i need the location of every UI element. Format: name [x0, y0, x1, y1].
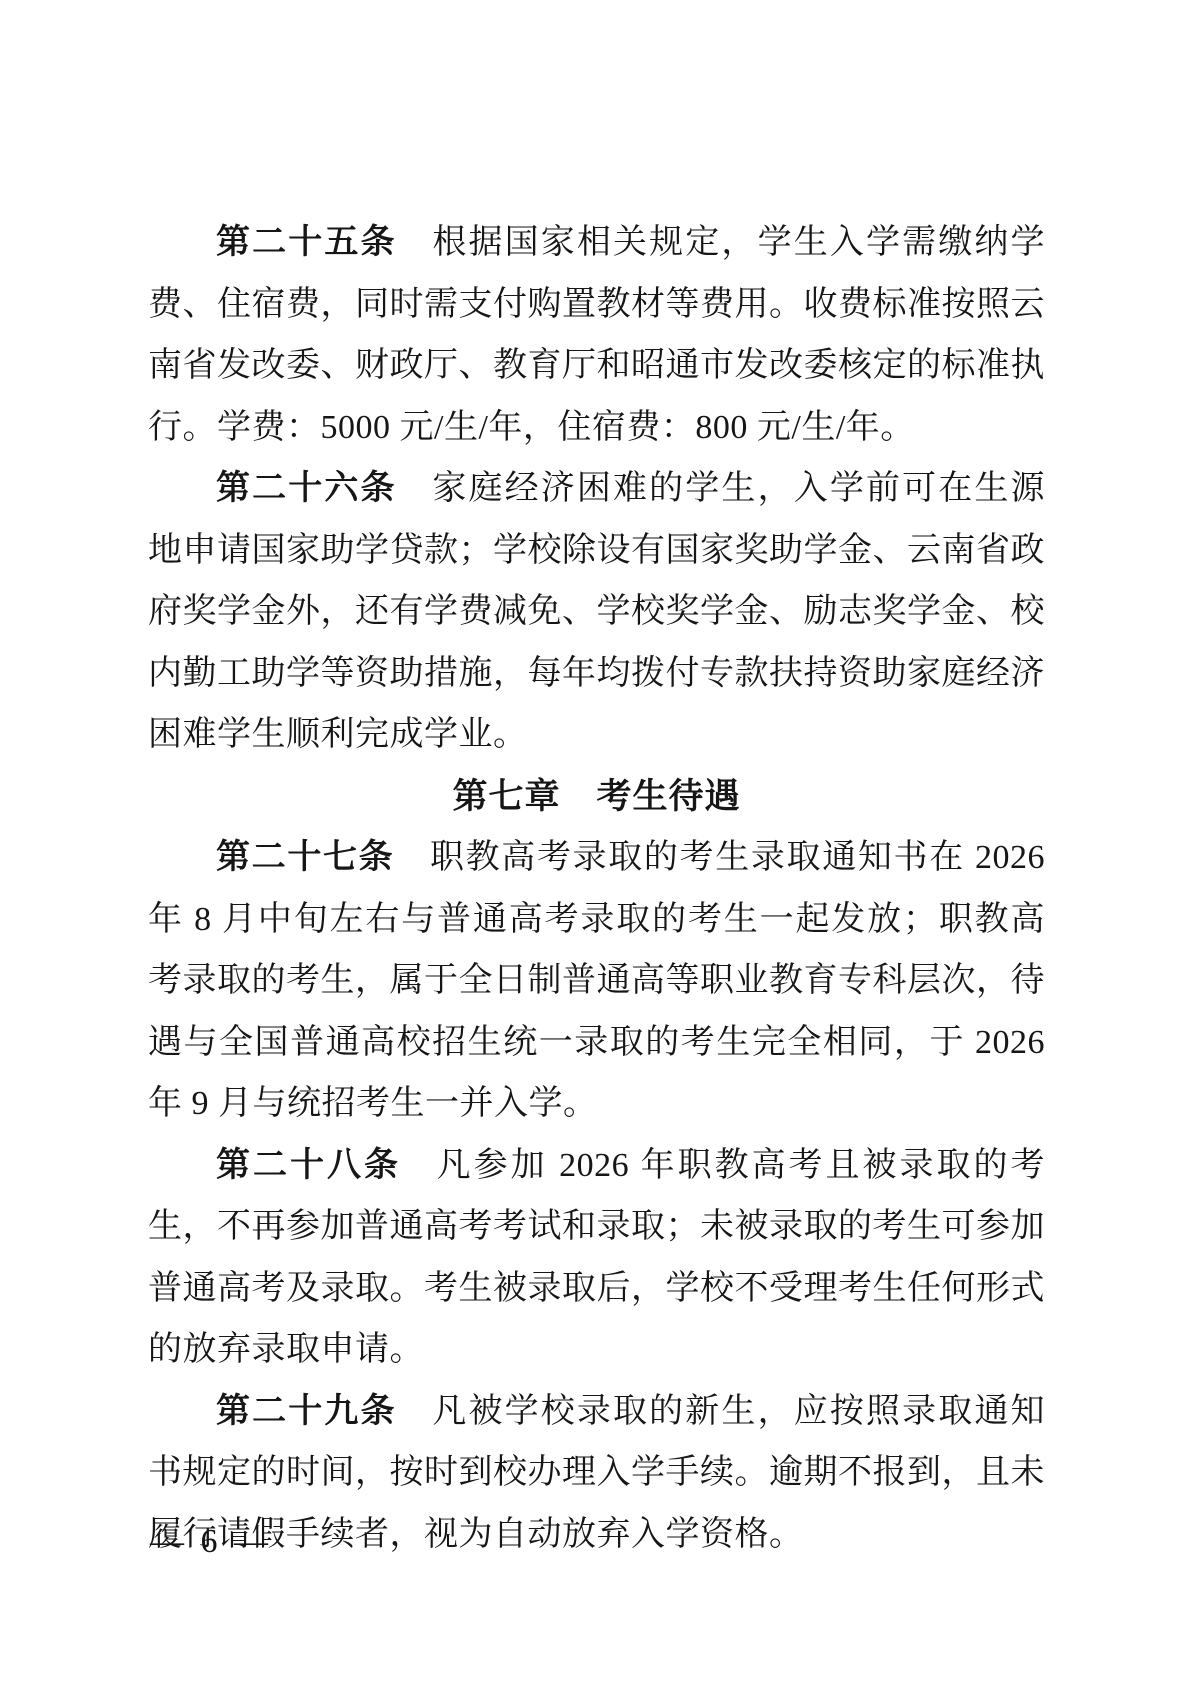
article-number: 第二十五条 [216, 224, 397, 261]
article-text: 职教高考录取的考生录取通知书在 2026 年 8 月中旬左右与普通高考录取的考生… [148, 839, 1045, 1122]
page-footer: — 6 — [150, 1518, 272, 1566]
article-paragraph-29: 第二十九条凡被学校录取的新生，应按照录取通知书规定的时间，按时到校办理入学手续。… [148, 1381, 1045, 1566]
article-paragraph-27: 第二十七条职教高考录取的考生录取通知书在 2026 年 8 月中旬左右与普通高考… [148, 827, 1045, 1135]
article-number: 第二十八条 [216, 1147, 401, 1184]
page-number: — 6 — [150, 1523, 272, 1560]
article-number: 第二十六条 [216, 470, 397, 507]
chapter-heading: 第七章 考生待遇 [148, 766, 1045, 828]
article-paragraph-26: 第二十六条家庭经济困难的学生，入学前可在生源地申请国家助学贷款；学校除设有国家奖… [148, 458, 1045, 766]
article-paragraph-28: 第二十八条凡参加 2026 年职教高考且被录取的考生，不再参加普通高考考试和录取… [148, 1135, 1045, 1381]
article-text: 家庭经济困难的学生，入学前可在生源地申请国家助学贷款；学校除设有国家奖助学金、云… [148, 470, 1045, 753]
article-number: 第二十七条 [216, 839, 394, 876]
document-page: 第二十五条根据国家相关规定，学生入学需缴纳学费、住宿费，同时需支付购置教材等费用… [0, 0, 1191, 1684]
article-number: 第二十九条 [216, 1393, 397, 1430]
article-paragraph-25: 第二十五条根据国家相关规定，学生入学需缴纳学费、住宿费，同时需支付购置教材等费用… [148, 212, 1045, 458]
document-body: 第二十五条根据国家相关规定，学生入学需缴纳学费、住宿费，同时需支付购置教材等费用… [148, 212, 1045, 1565]
